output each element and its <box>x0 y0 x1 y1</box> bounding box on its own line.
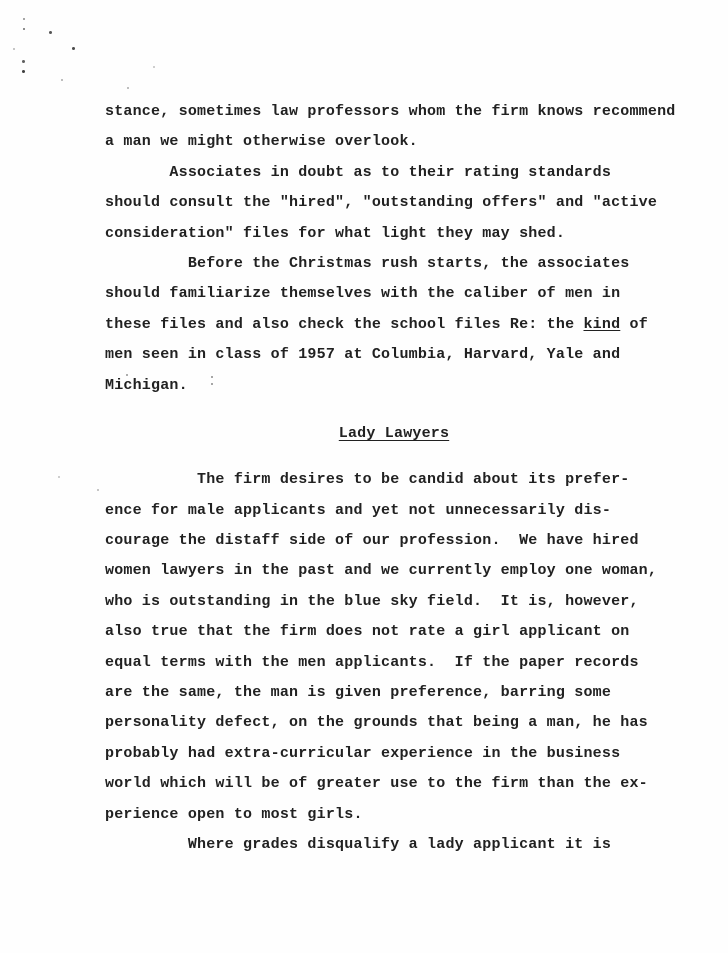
ink-speck <box>13 48 15 50</box>
text-line: Where grades disqualify a lady applicant… <box>105 830 683 860</box>
ink-speck <box>23 28 25 30</box>
text-line: who is outstanding in the blue sky field… <box>105 587 683 617</box>
ink-speck <box>72 47 75 50</box>
ink-speck <box>97 489 99 491</box>
section-heading: Lady Lawyers <box>105 419 683 449</box>
document-text: stance, sometimes law professors whom th… <box>105 97 683 860</box>
text-line: world which will be of greater use to th… <box>105 769 683 799</box>
text-line: men seen in class of 1957 at Columbia, H… <box>105 340 683 370</box>
ink-speck <box>127 87 129 89</box>
text-line: also true that the firm does not rate a … <box>105 617 683 647</box>
ink-speck <box>153 66 155 68</box>
ink-speck <box>49 31 52 34</box>
text-line: should familiarize themselves with the c… <box>105 279 683 309</box>
document-page: stance, sometimes law professors whom th… <box>0 0 728 953</box>
text-line: The firm desires to be candid about its … <box>105 465 683 495</box>
text-line: women lawyers in the past and we current… <box>105 556 683 586</box>
text-line: perience open to most girls. <box>105 800 683 830</box>
text-line: equal terms with the men applicants. If … <box>105 648 683 678</box>
underlined-word: kind <box>583 316 620 333</box>
text-line: should consult the "hired", "outstanding… <box>105 188 683 218</box>
ink-speck <box>22 70 25 73</box>
text-line: consideration" files for what light they… <box>105 219 683 249</box>
ink-speck <box>23 18 25 20</box>
ink-speck <box>61 79 63 81</box>
text-line: courage the distaff side of our professi… <box>105 526 683 556</box>
text-line: stance, sometimes law professors whom th… <box>105 97 683 127</box>
text-line: Before the Christmas rush starts, the as… <box>105 249 683 279</box>
text-line: Associates in doubt as to their rating s… <box>105 158 683 188</box>
text-line: these files and also check the school fi… <box>105 310 683 340</box>
ink-speck <box>22 60 25 63</box>
text-line: Michigan. <box>105 371 683 401</box>
text-line: a man we might otherwise overlook. <box>105 127 683 157</box>
text-line: probably had extra-curricular experience… <box>105 739 683 769</box>
text-line: personality defect, on the grounds that … <box>105 708 683 738</box>
text-line: are the same, the man is given preferenc… <box>105 678 683 708</box>
text-line: ence for male applicants and yet not unn… <box>105 496 683 526</box>
ink-speck <box>58 476 60 478</box>
